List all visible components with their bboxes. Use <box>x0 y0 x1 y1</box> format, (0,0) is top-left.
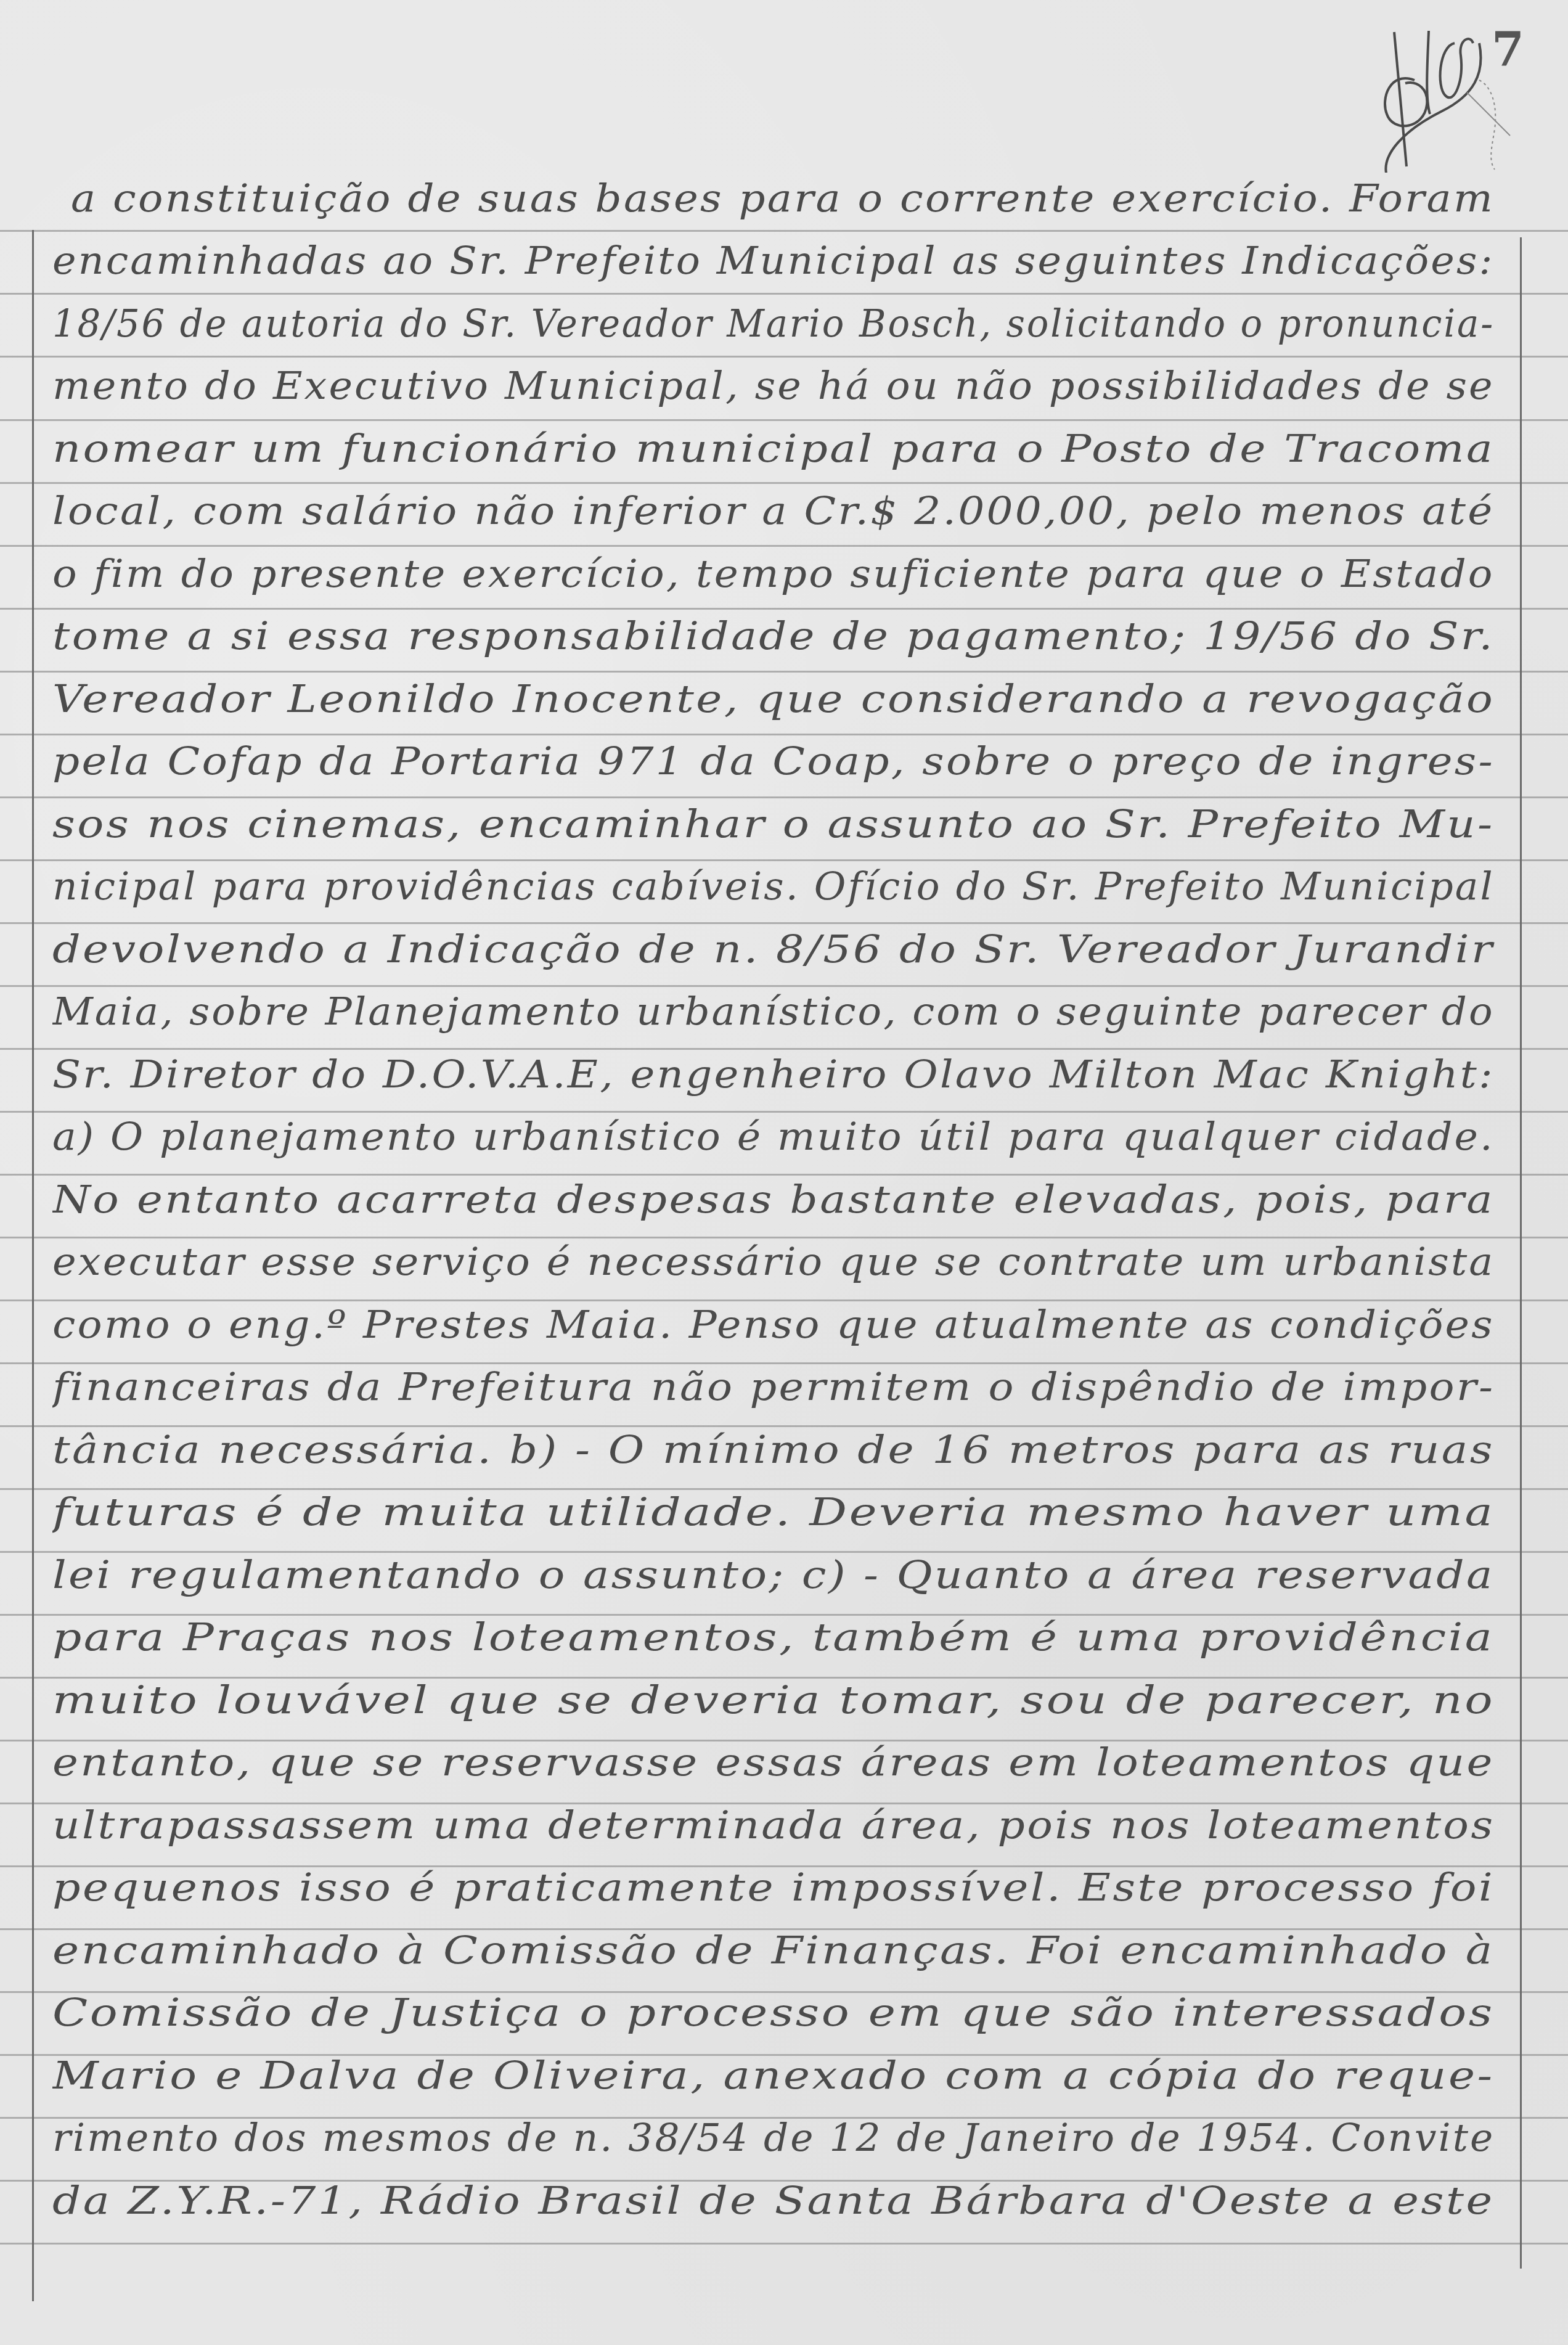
text-line: a constituição de suas bases para o corr… <box>52 166 1513 229</box>
text-line: entanto, que se reservasse essas áreas e… <box>52 1731 1513 1794</box>
text-line: Sr. Diretor do D.O.V.A.E, engenheiro Ola… <box>52 1042 1513 1105</box>
text-line-content: executar esse serviço é necessário que s… <box>52 1239 1495 1284</box>
text-line-content: Sr. Diretor do D.O.V.A.E, engenheiro Ola… <box>52 1052 1495 1097</box>
text-line-content: Vereador Leonildo Inocente, que consider… <box>52 676 1495 721</box>
text-line-content: encaminhadas ao Sr. Prefeito Municipal a… <box>52 238 1495 283</box>
text-line: Comissão de Justiça o processo em que sã… <box>52 1981 1513 2044</box>
text-line: o fim do presente exercício, tempo sufic… <box>52 542 1513 605</box>
left-margin-line <box>32 230 34 2301</box>
text-line: Maia, sobre Planejamento urbanístico, co… <box>52 980 1513 1043</box>
text-line: local, com salário não inferior a Cr.$ 2… <box>52 480 1513 542</box>
text-line-content: da Z.Y.R.-71, Rádio Brasil de Santa Bárb… <box>52 2178 1495 2223</box>
text-line-content: entanto, que se reservasse essas áreas e… <box>52 1740 1495 1785</box>
text-line-content: a constituição de suas bases para o corr… <box>71 176 1495 221</box>
text-line: futuras é de muita utilidade. Deveria me… <box>52 1481 1513 1544</box>
text-line-content: No entanto acarreta despesas bastante el… <box>52 1177 1495 1222</box>
text-line: encaminhado à Comissão de Finanças. Foi … <box>52 1918 1513 1981</box>
text-line: tome a si essa responsabilidade de pagam… <box>52 605 1513 668</box>
text-line: nomear um funcionário municipal para o P… <box>52 417 1513 480</box>
text-line: financeiras da Prefeitura não permitem o… <box>52 1356 1513 1418</box>
text-line-content: ultrapassassem uma determinada área, poi… <box>52 1803 1495 1848</box>
text-line-content: Mario e Dalva de Oliveira, anexado com a… <box>52 2053 1495 2098</box>
text-line-content: pela Cofap da Portaria 971 da Coap, sobr… <box>52 739 1495 784</box>
text-line: tância necessária. b) - O mínimo de 16 m… <box>52 1418 1513 1481</box>
rubric-signature-icon <box>1368 12 1553 173</box>
text-line-content: nomear um funcionário municipal para o P… <box>52 426 1495 471</box>
text-line-content: nicipal para providências cabíveis. Ofíc… <box>52 864 1495 909</box>
text-line-content: local, com salário não inferior a Cr.$ 2… <box>52 488 1495 533</box>
text-line: como o eng.º Prestes Maia. Penso que atu… <box>52 1293 1513 1356</box>
text-line: lei regulamentando o assunto; c) - Quant… <box>52 1543 1513 1606</box>
text-line: encaminhadas ao Sr. Prefeito Municipal a… <box>52 229 1513 292</box>
ruled-line <box>0 2243 1568 2245</box>
text-line: da Z.Y.R.-71, Rádio Brasil de Santa Bárb… <box>52 2169 1513 2232</box>
text-line-content: muito louvável que se deveria tomar, sou… <box>52 1677 1495 1722</box>
text-line: para Praças nos loteamentos, também é um… <box>52 1606 1513 1669</box>
text-line: sos nos cinemas, encaminhar o assunto ao… <box>52 792 1513 855</box>
text-line-content: a) O planejamento urbanístico é muito út… <box>52 1114 1495 1159</box>
text-line: pequenos isso é praticamente impossível.… <box>52 1856 1513 1919</box>
handwritten-text-block: a constituição de suas bases para o corr… <box>52 166 1513 2232</box>
right-margin-line <box>1520 237 1522 2269</box>
text-line: pela Cofap da Portaria 971 da Coap, sobr… <box>52 730 1513 793</box>
text-line-content: pequenos isso é praticamente impossível.… <box>52 1865 1495 1910</box>
text-line-content: para Praças nos loteamentos, também é um… <box>52 1614 1494 1660</box>
text-line-content: financeiras da Prefeitura não permitem o… <box>52 1364 1495 1409</box>
text-line: rimento dos mesmos de n. 38/54 de 12 de … <box>52 2106 1513 2169</box>
text-line-content: sos nos cinemas, encaminhar o assunto ao… <box>52 801 1495 846</box>
text-line-content: encaminhado à Comissão de Finanças. Foi … <box>52 1928 1495 1973</box>
text-line: nicipal para providências cabíveis. Ofíc… <box>52 855 1513 918</box>
document-page: 7 a constituição de suas bases para o co… <box>0 0 1568 2345</box>
text-line-content: tome a si essa responsabilidade de pagam… <box>52 613 1495 658</box>
text-line-content: como o eng.º Prestes Maia. Penso que atu… <box>52 1302 1495 1347</box>
text-line-content: tância necessária. b) - O mínimo de 16 m… <box>52 1427 1495 1472</box>
text-line: devolvendo a Indicação de n. 8/56 do Sr.… <box>52 917 1513 980</box>
text-line-content: Comissão de Justiça o processo em que sã… <box>52 1990 1495 2035</box>
text-line-content: 18/56 de autoria do Sr. Vereador Mario B… <box>52 301 1495 346</box>
text-line: ultrapassassem uma determinada área, poi… <box>52 1793 1513 1856</box>
text-line-content: futuras é de muita utilidade. Deveria me… <box>52 1489 1495 1534</box>
text-line: 18/56 de autoria do Sr. Vereador Mario B… <box>52 292 1513 354</box>
text-line: a) O planejamento urbanístico é muito út… <box>52 1105 1513 1168</box>
text-line: No entanto acarreta despesas bastante el… <box>52 1168 1513 1230</box>
text-line-content: rimento dos mesmos de n. 38/54 de 12 de … <box>52 2115 1495 2160</box>
text-line: executar esse serviço é necessário que s… <box>52 1230 1513 1293</box>
text-line-content: devolvendo a Indicação de n. 8/56 do Sr.… <box>52 927 1495 972</box>
text-line: muito louvável que se deveria tomar, sou… <box>52 1668 1513 1731</box>
text-line: mento do Executivo Municipal, se há ou n… <box>52 354 1513 417</box>
text-line-content: Maia, sobre Planejamento urbanístico, co… <box>52 989 1495 1034</box>
page-number: 7 <box>1492 22 1524 76</box>
text-line-content: o fim do presente exercício, tempo sufic… <box>52 551 1495 596</box>
text-line-content: mento do Executivo Municipal, se há ou n… <box>52 363 1495 408</box>
text-line-content: lei regulamentando o assunto; c) - Quant… <box>52 1552 1495 1597</box>
text-line: Mario e Dalva de Oliveira, anexado com a… <box>52 2044 1513 2106</box>
text-line: Vereador Leonildo Inocente, que consider… <box>52 667 1513 730</box>
